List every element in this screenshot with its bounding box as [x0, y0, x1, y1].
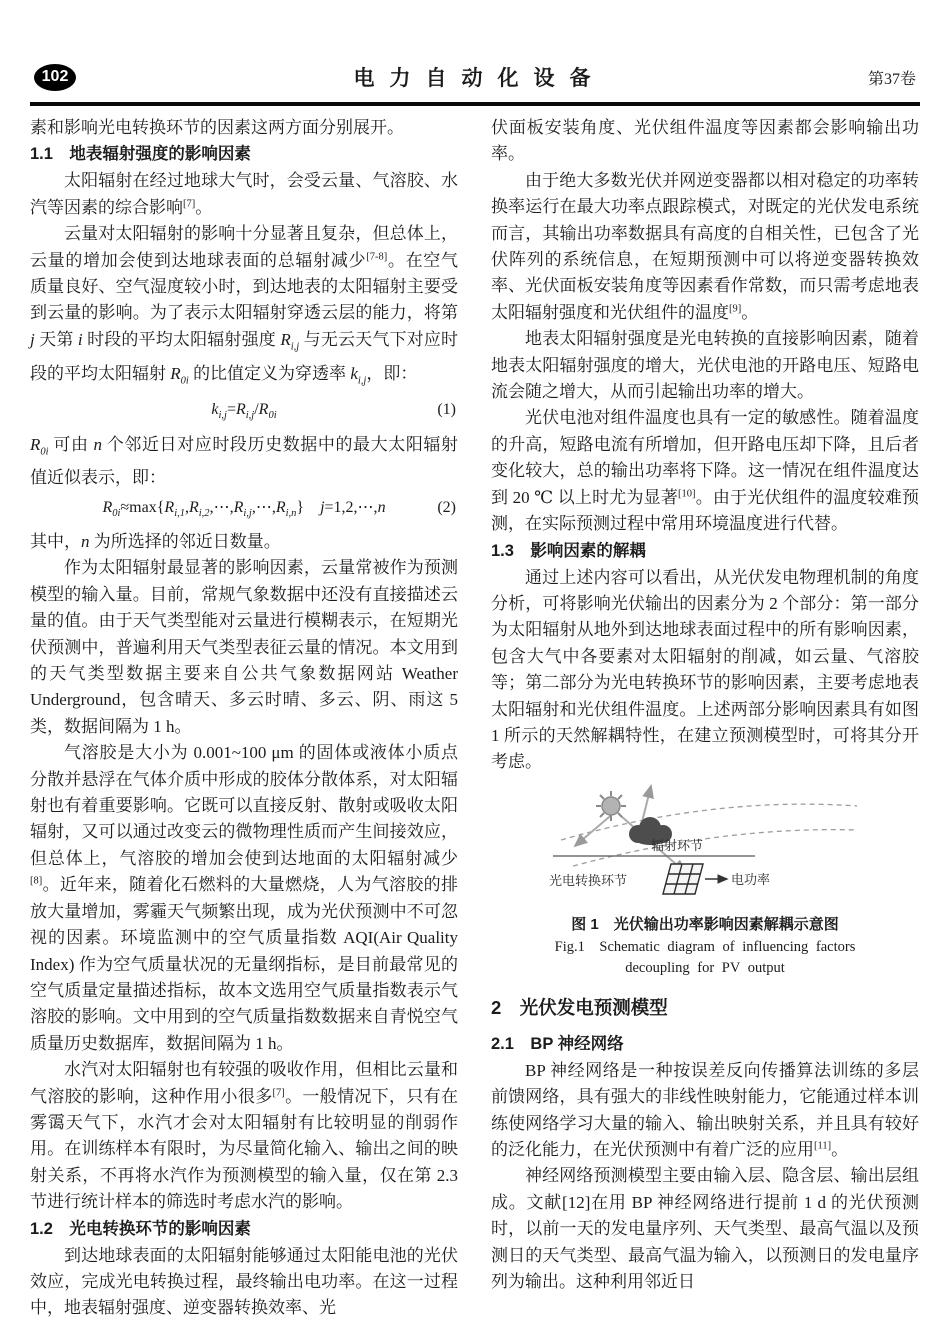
- right-column-bottom: 2 光伏发电预测模型2.1 BP 神经网络BP 神经网络是一种按误差反向传播算法…: [491, 993, 919, 1296]
- paragraph: 神经网络预测模型主要由输入层、隐含层、输出层组成。文献[12]在用 BP 神经网…: [491, 1163, 919, 1295]
- left-column: 素和影响光电转换环节的因素这两方面分别展开。1.1 地表辐射强度的影响因素太阳辐…: [30, 115, 458, 1322]
- figure-caption-en-line1: Fig.1 Schematic diagram of influencing f…: [491, 937, 919, 958]
- subsection-heading: 1.2 光电转换环节的影响因素: [30, 1216, 458, 1243]
- citation-ref: [7]: [183, 198, 195, 209]
- subsection-heading: 2.1 BP 神经网络: [491, 1031, 919, 1058]
- citation-ref: [10]: [678, 488, 696, 499]
- paragraph: 气溶胶是大小为 0.001~100 μm 的固体或液体小质点分散并悬浮在气体介质…: [30, 740, 458, 1057]
- paragraph: 云量对太阳辐射的影响十分显著且复杂，但总体上，云量的增加会使到达地球表面的总辐射…: [30, 221, 458, 394]
- atmosphere-arc-inner: [573, 829, 857, 865]
- radiation-stage-label: 辐射环节: [651, 838, 703, 853]
- citation-ref: [9]: [729, 303, 741, 314]
- volume-label: 第37卷: [868, 66, 916, 89]
- paragraph: R0i 可由 n 个邻近日对应时段历史数据中的最大太阳辐射值近似表示，即：: [30, 432, 458, 492]
- citation-ref: [8]: [30, 876, 42, 887]
- equation-number: (2): [437, 492, 456, 523]
- header-rule: [30, 102, 920, 106]
- paragraph: 其中，n 为所选择的邻近日数量。: [30, 529, 458, 555]
- paragraph: BP 神经网络是一种按误差反向传播算法训练的多层前馈网络，具有强大的非线性映射能…: [491, 1058, 919, 1164]
- paragraph: 伏面板安装角度、光伏组件温度等因素都会影响输出功率。: [491, 115, 919, 168]
- paragraph: 通过上述内容可以看出，从光伏发电物理机制的角度分析，可将影响光伏输出的因素分为 …: [491, 565, 919, 776]
- pv-panel-icon: [663, 864, 703, 894]
- paragraph: 素和影响光电转换环节的因素这两方面分别展开。: [30, 115, 458, 141]
- figure-1: 辐射环节 光电转换环节 电功率 图 1 光伏输出功率影响因素解耦示意图: [491, 782, 919, 979]
- subsection-heading: 1.1 地表辐射强度的影响因素: [30, 141, 458, 168]
- paper-page: 102 电力自动化设备 第37卷 素和影响光电转换环节的因素这两方面分别展开。1…: [0, 0, 950, 1344]
- figure-1-schematic: 辐射环节 光电转换环节 电功率: [545, 782, 865, 908]
- conversion-stage-label: 光电转换环节: [549, 873, 627, 888]
- reflected-radiation-arrow: [575, 812, 615, 846]
- equation-number: (1): [437, 394, 456, 425]
- citation-ref: [11]: [814, 1140, 831, 1151]
- paragraph: 太阳辐射在经过地球大气时，会受云量、气溶胶、水汽等因素的综合影响[7]。: [30, 168, 458, 221]
- page-number-badge: 102: [34, 64, 76, 91]
- paragraph: 光伏电池对组件温度也具有一定的敏感性。随着温度的升高，短路电流有所增加，但开路电…: [491, 405, 919, 537]
- right-column: 伏面板安装角度、光伏组件温度等因素都会影响输出功率。由于绝大多数光伏并网逆变器都…: [491, 115, 919, 1322]
- paragraph: 由于绝大多数光伏并网逆变器都以相对稳定的功率转换率运行在最大功率点跟踪模式，对既…: [491, 168, 919, 326]
- equation: ki,j=Ri,j/R0i(1): [30, 394, 458, 431]
- journal-title: 电力自动化设备: [76, 62, 868, 92]
- paragraph: 作为太阳辐射最显著的影响因素，云量常被作为预测模型的输入量。目前，常规气象数据中…: [30, 555, 458, 740]
- sun-icon: [596, 791, 626, 821]
- page-header: 102 电力自动化设备 第37卷: [30, 60, 920, 100]
- equation: R0i≈max{Ri,1,Ri,2,⋯,Ri,j,⋯,Ri,n} j=1,2,⋯…: [30, 492, 458, 529]
- section-heading: 2 光伏发电预测模型: [491, 993, 919, 1023]
- paragraph: 水汽对太阳辐射也有较强的吸收作用，但相比云量和气溶胶的影响，这种作用小很多[7]…: [30, 1057, 458, 1215]
- citation-ref: [7-8]: [366, 251, 387, 262]
- two-column-body: 素和影响光电转换环节的因素这两方面分别展开。1.1 地表辐射强度的影响因素太阳辐…: [30, 115, 920, 1322]
- figure-caption-zh: 图 1 光伏输出功率影响因素解耦示意图: [491, 912, 919, 937]
- power-label: 电功率: [731, 872, 770, 887]
- citation-ref: [7]: [273, 1087, 285, 1098]
- right-column-top: 伏面板安装角度、光伏组件温度等因素都会影响输出功率。由于绝大多数光伏并网逆变器都…: [491, 115, 919, 776]
- paragraph: 到达地球表面的太阳辐射能够通过太阳能电池的光伏效应，完成光电转换过程，最终输出电…: [30, 1243, 458, 1322]
- subsection-heading: 1.3 影响因素的解耦: [491, 538, 919, 565]
- figure-caption-en-line2: decoupling for PV output: [491, 958, 919, 979]
- paragraph: 地表太阳辐射强度是光电转换的直接影响因素，随着地表太阳辐射强度的增大，光伏电池的…: [491, 326, 919, 405]
